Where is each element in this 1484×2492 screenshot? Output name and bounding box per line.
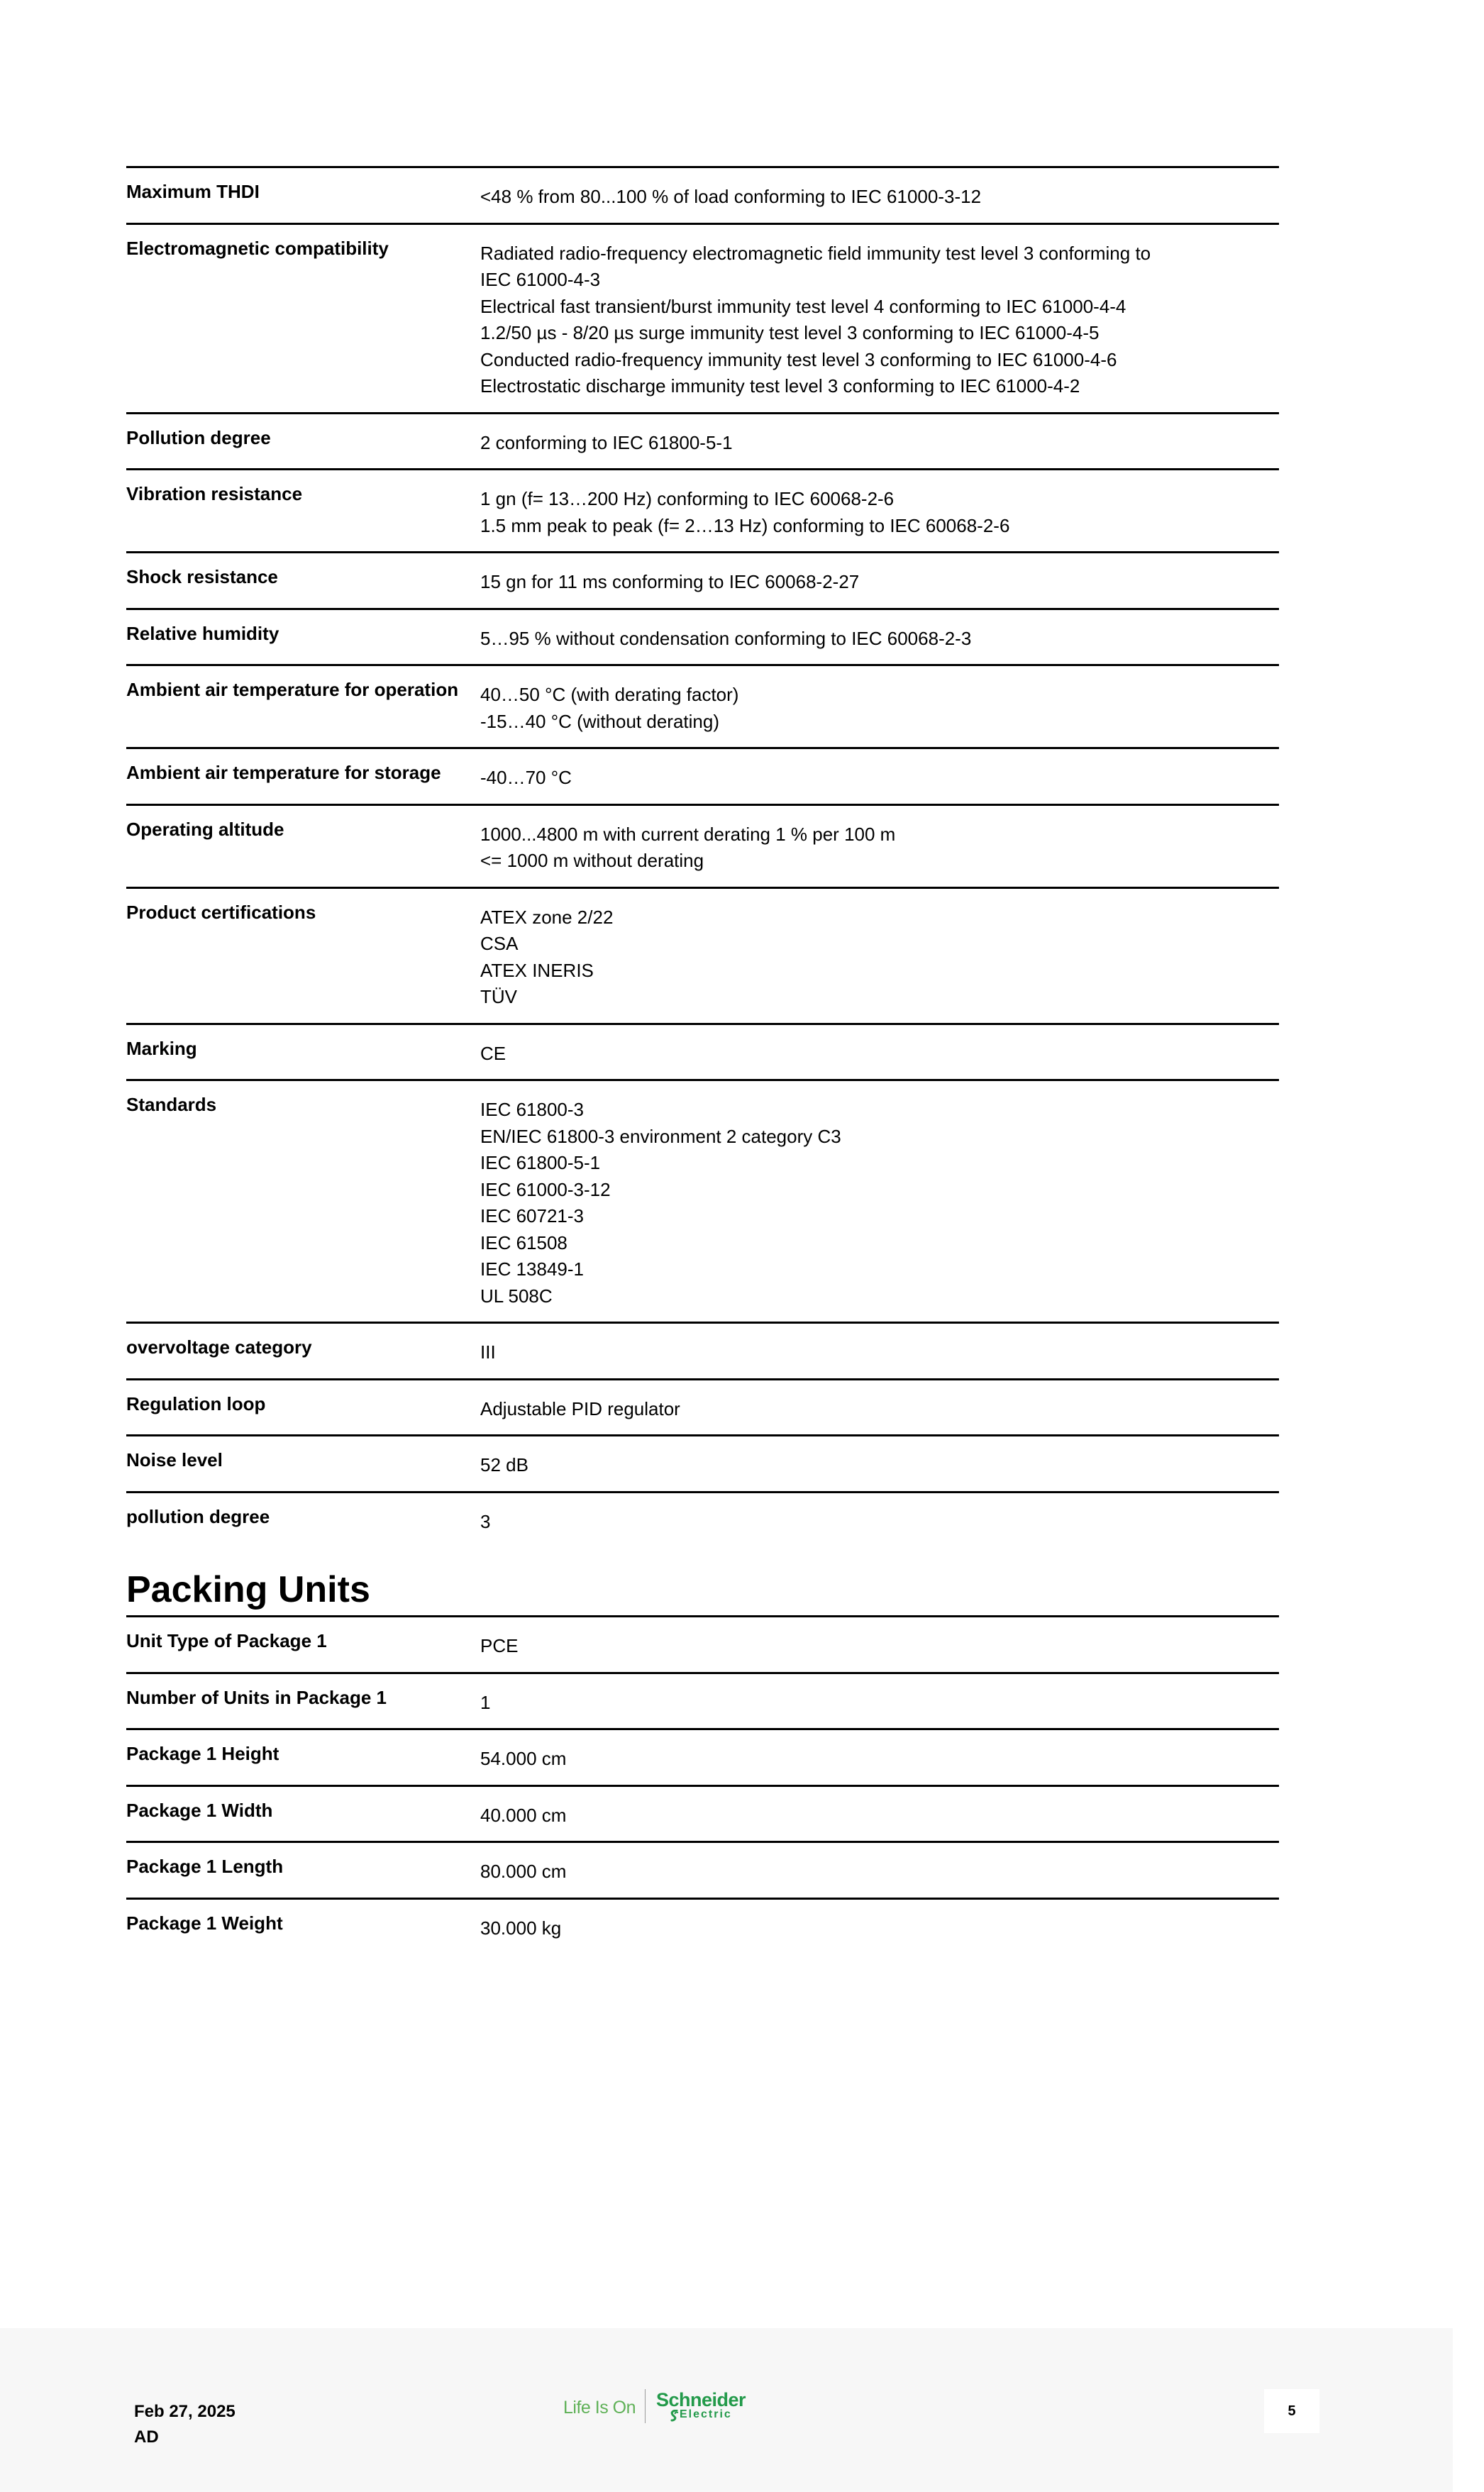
spec-label: Number of Units in Package 1 [126, 1687, 480, 1711]
spec-value-line: Adjustable PID regulator [480, 1396, 1279, 1423]
spec-value: 1 [480, 1690, 1279, 1729]
spec-label: Package 1 Width [126, 1800, 480, 1824]
packing-units-table: Unit Type of Package 1PCENumber of Units… [126, 1615, 1279, 1954]
spec-value-line: CSA [480, 931, 1279, 958]
spec-value: Radiated radio-frequency electromagnetic… [480, 240, 1279, 412]
spec-value-line: IEC 61800-5-1 [480, 1150, 1279, 1177]
life-is-on-tagline: Life Is On [563, 2398, 636, 2418]
spec-value-line: 30.000 kg [480, 1915, 1279, 1942]
spec-value-line: -40…70 °C [480, 765, 1279, 792]
packing-units-heading: Packing Units [126, 1568, 1279, 1611]
spec-row: Regulation loopAdjustable PID regulator [126, 1378, 1279, 1435]
spec-row: Ambient air temperature for storage-40…7… [126, 747, 1279, 804]
spec-label: pollution degree [126, 1506, 480, 1530]
se-logo-mark-icon [670, 2410, 680, 2422]
spec-row: Operating altitude1000...4800 m with cur… [126, 804, 1279, 887]
schneider-electric-logo: Life Is On Schneider Electric [563, 2389, 762, 2426]
spec-row: Product certificationsATEX zone 2/22CSAA… [126, 887, 1279, 1023]
spec-value: <48 % from 80...100 % of load conforming… [480, 184, 1279, 223]
spec-value: 1000...4800 m with current derating 1 % … [480, 821, 1279, 887]
spec-value-line: ATEX INERIS [480, 958, 1279, 985]
spec-value: ATEX zone 2/22CSAATEX INERISTÜV [480, 904, 1279, 1023]
spec-value-line: 54.000 cm [480, 1746, 1279, 1773]
spec-value: 15 gn for 11 ms conforming to IEC 60068-… [480, 569, 1279, 608]
spec-value: 3 [480, 1509, 1279, 1548]
datasheet-content: Maximum THDI<48 % from 80...100 % of loa… [126, 166, 1279, 1954]
spec-row: Maximum THDI<48 % from 80...100 % of loa… [126, 166, 1279, 223]
spec-value-line: <48 % from 80...100 % of load conforming… [480, 184, 1279, 211]
spec-value: III [480, 1339, 1279, 1378]
spec-label: Electromagnetic compatibility [126, 238, 480, 262]
spec-label: Noise level [126, 1449, 480, 1473]
spec-label: Operating altitude [126, 819, 480, 843]
spec-label: Product certifications [126, 902, 480, 926]
footer-date-block: Feb 27, 2025 AD [134, 2399, 236, 2450]
spec-value-line: 80.000 cm [480, 1859, 1279, 1885]
spec-row: Noise level52 dB [126, 1434, 1279, 1491]
spec-label: Standards [126, 1094, 480, 1118]
spec-value-line: 52 dB [480, 1452, 1279, 1479]
spec-value: PCE [480, 1633, 1279, 1672]
spec-value-line: Radiated radio-frequency electromagnetic… [480, 240, 1279, 267]
spec-row: MarkingCE [126, 1023, 1279, 1080]
spec-value: Adjustable PID regulator [480, 1396, 1279, 1435]
spec-value-line: Electrical fast transient/burst immunity… [480, 294, 1279, 321]
spec-label: Marking [126, 1038, 480, 1062]
logo-brand-sub: Electric [680, 2408, 732, 2422]
spec-value-line: <= 1000 m without derating [480, 848, 1279, 875]
spec-value: 80.000 cm [480, 1859, 1279, 1898]
spec-value-line: IEC 61800-3 [480, 1097, 1279, 1124]
spec-value-line: Conducted radio-frequency immunity test … [480, 347, 1279, 374]
spec-row: Shock resistance15 gn for 11 ms conformi… [126, 551, 1279, 608]
spec-row: Relative humidity5…95 % without condensa… [126, 608, 1279, 665]
spec-value: 40.000 cm [480, 1802, 1279, 1842]
spec-row: pollution degree3 [126, 1491, 1279, 1548]
spec-row: Package 1 Height54.000 cm [126, 1728, 1279, 1785]
spec-value: 30.000 kg [480, 1915, 1279, 1954]
spec-row: Vibration resistance1 gn (f= 13…200 Hz) … [126, 468, 1279, 551]
spec-row: Package 1 Length80.000 cm [126, 1841, 1279, 1898]
spec-value-line: PCE [480, 1633, 1279, 1660]
spec-value-line: IEC 61000-4-3 [480, 267, 1279, 294]
spec-value-line: IEC 61000-3-12 [480, 1177, 1279, 1204]
spec-row: Electromagnetic compatibilityRadiated ra… [126, 223, 1279, 412]
spec-row: StandardsIEC 61800-3EN/IEC 61800-3 envir… [126, 1079, 1279, 1322]
spec-label: Relative humidity [126, 623, 480, 647]
spec-value: 40…50 °C (with derating factor)-15…40 °C… [480, 682, 1279, 747]
spec-value-line: CE [480, 1041, 1279, 1068]
spec-label: Ambient air temperature for storage [126, 762, 480, 786]
spec-label: Shock resistance [126, 566, 480, 590]
spec-value: IEC 61800-3EN/IEC 61800-3 environment 2 … [480, 1097, 1279, 1322]
spec-value: CE [480, 1041, 1279, 1080]
spec-row: Ambient air temperature for operation40…… [126, 664, 1279, 747]
spec-value-line: 15 gn for 11 ms conforming to IEC 60068-… [480, 569, 1279, 596]
spec-value-line: 40…50 °C (with derating factor) [480, 682, 1279, 709]
spec-value: 1 gn (f= 13…200 Hz) conforming to IEC 60… [480, 486, 1279, 551]
spec-label: Maximum THDI [126, 181, 480, 205]
spec-row: overvoltage categoryIII [126, 1322, 1279, 1378]
footer-era: AD [134, 2425, 236, 2450]
spec-row: Unit Type of Package 1PCE [126, 1615, 1279, 1672]
spec-value: 5…95 % without condensation conforming t… [480, 626, 1279, 665]
spec-value-line: 1.5 mm peak to peak (f= 2…13 Hz) conform… [480, 513, 1279, 540]
page-number: 5 [1264, 2389, 1319, 2433]
spec-value-line: III [480, 1339, 1279, 1366]
spec-value-line: IEC 13849-1 [480, 1256, 1279, 1283]
spec-value-line: 5…95 % without condensation conforming t… [480, 626, 1279, 653]
spec-value-line: 1.2/50 µs - 8/20 µs surge immunity test … [480, 320, 1279, 347]
spec-label: Package 1 Weight [126, 1912, 480, 1937]
spec-value: -40…70 °C [480, 765, 1279, 804]
spec-value-line: TÜV [480, 984, 1279, 1011]
spec-label: Unit Type of Package 1 [126, 1630, 480, 1654]
spec-value: 2 conforming to IEC 61800-5-1 [480, 430, 1279, 469]
footer-date: Feb 27, 2025 [134, 2399, 236, 2425]
spec-value-line: Electrostatic discharge immunity test le… [480, 373, 1279, 400]
spec-row: Pollution degree2 conforming to IEC 6180… [126, 412, 1279, 469]
spec-value-line: EN/IEC 61800-3 environment 2 category C3 [480, 1124, 1279, 1151]
spec-row: Package 1 Width40.000 cm [126, 1785, 1279, 1842]
spec-value-line: ATEX zone 2/22 [480, 904, 1279, 931]
characteristics-table: Maximum THDI<48 % from 80...100 % of loa… [126, 166, 1279, 1547]
spec-value-line: 40.000 cm [480, 1802, 1279, 1829]
spec-value-line: 2 conforming to IEC 61800-5-1 [480, 430, 1279, 457]
spec-value: 52 dB [480, 1452, 1279, 1491]
spec-row: Package 1 Weight30.000 kg [126, 1898, 1279, 1954]
spec-value-line: -15…40 °C (without derating) [480, 709, 1279, 736]
spec-value-line: UL 508C [480, 1283, 1279, 1310]
spec-label: Ambient air temperature for operation [126, 679, 480, 703]
spec-label: Package 1 Height [126, 1743, 480, 1767]
spec-row: Number of Units in Package 11 [126, 1672, 1279, 1729]
spec-label: Pollution degree [126, 427, 480, 451]
spec-value-line: 1 gn (f= 13…200 Hz) conforming to IEC 60… [480, 486, 1279, 513]
page-footer: Feb 27, 2025 AD Life Is On Schneider Ele… [0, 2328, 1453, 2492]
spec-label: Regulation loop [126, 1393, 480, 1417]
spec-value-line: IEC 61508 [480, 1230, 1279, 1257]
spec-value-line: 1000...4800 m with current derating 1 % … [480, 821, 1279, 848]
spec-value: 54.000 cm [480, 1746, 1279, 1785]
spec-value-line: 1 [480, 1690, 1279, 1717]
spec-value-line: 3 [480, 1509, 1279, 1536]
spec-value-line: IEC 60721-3 [480, 1203, 1279, 1230]
spec-label: Vibration resistance [126, 483, 480, 507]
spec-label: overvoltage category [126, 1336, 480, 1361]
spec-label: Package 1 Length [126, 1856, 480, 1880]
logo-divider [645, 2389, 646, 2423]
